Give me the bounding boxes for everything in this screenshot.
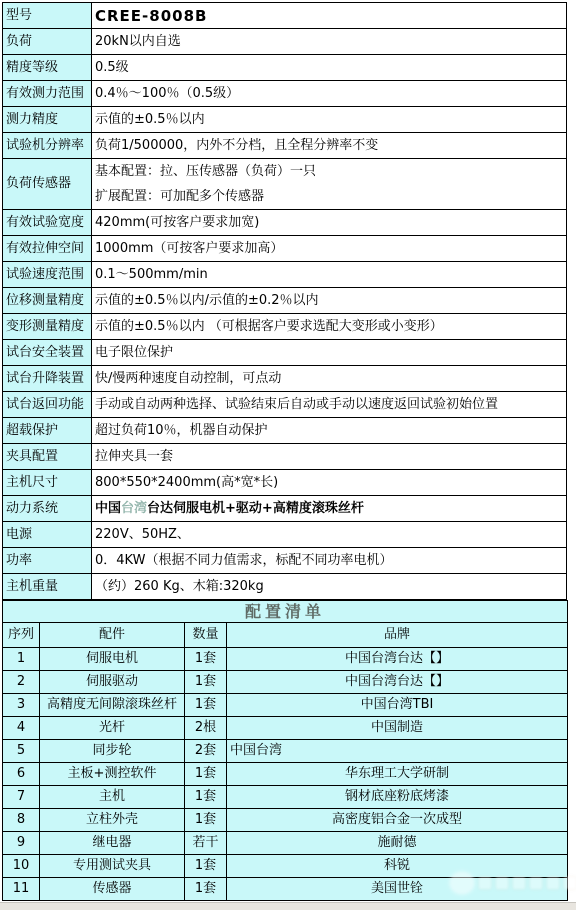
config-column-header: 数量 [185, 623, 227, 648]
table-row: 试台返回功能手动或自动两种选择、试验结束后自动或手动以速度返回试验初始位置 [3, 392, 567, 418]
table-row: 位移测量精度示值的±0.5％以内/示值的±0.2％以内 [3, 288, 567, 314]
config-column-header: 品牌 [227, 623, 568, 648]
spec-label: 试台返回功能 [3, 392, 92, 418]
spec-value: 0.1～500mm/min [92, 262, 567, 288]
config-cell-no: 6 [3, 763, 40, 786]
spec-label: 超载保护 [3, 418, 92, 444]
config-cell-no: 2 [3, 671, 40, 694]
config-cell-brand: 华东理工大学研制 [227, 763, 568, 786]
spec-label: 型号 [3, 3, 92, 29]
table-row: 超载保护超过负荷10％，机器自动保护 [3, 418, 567, 444]
config-list-title: 配置清单 [3, 601, 568, 623]
spec-value-segment: 台湾 [121, 501, 147, 516]
spec-value: 拉伸夹具一套 [92, 444, 567, 470]
table-row: 配置清单 [3, 601, 568, 623]
config-cell-brand: 中国台湾TBI [227, 694, 568, 717]
table-row: 功率0．4KW（根据不同力值需求，标配不同功率电机） [3, 548, 567, 574]
spec-value: 0．4KW（根据不同力值需求，标配不同功率电机） [92, 548, 567, 574]
spec-label: 测力精度 [3, 107, 92, 133]
spec-value: 220V、50HZ、 [92, 522, 567, 548]
config-cell-qty: 1套 [185, 671, 227, 694]
config-cell-item: 同步轮 [40, 740, 185, 763]
table-row: 9继电器若干施耐德 [3, 832, 568, 855]
spec-value: 负荷1/500000，内外不分档，且全程分辨率不变 [92, 133, 567, 159]
config-cell-no: 5 [3, 740, 40, 763]
config-cell-item: 主板+测控软件 [40, 763, 185, 786]
spec-value-line: 基本配置：拉、压传感器（负荷）一只 [95, 159, 563, 184]
config-header-row: 序列配件数量品牌 [3, 623, 568, 648]
spec-sheet: 型号CREE-8008B负荷20kN以内自选精度等级0.5级有效测力范围0.4％… [0, 0, 576, 901]
config-cell-item: 伺服驱动 [40, 671, 185, 694]
config-cell-qty: 1套 [185, 878, 227, 901]
config-cell-qty: 1套 [185, 694, 227, 717]
table-row: 3高精度无间隙滚珠丝杆1套中国台湾TBI [3, 694, 568, 717]
config-cell-brand: 中国台湾台达【】 [227, 671, 568, 694]
table-row: 6主板+测控软件1套华东理工大学研制 [3, 763, 568, 786]
table-row: 负荷传感器基本配置：拉、压传感器（负荷）一只扩展配置：可加配多个传感器 [3, 159, 567, 210]
table-row: 试验机分辨率负荷1/500000，内外不分档，且全程分辨率不变 [3, 133, 567, 159]
table-row: 有效拉伸空间1000mm（可按客户要求加高） [3, 236, 567, 262]
spec-label: 变形测量精度 [3, 314, 92, 340]
table-row: 2伺服驱动1套中国台湾台达【】 [3, 671, 568, 694]
spec-value-segment: 中国 [95, 501, 121, 516]
table-row: 有效测力范围0.4％～100％（0.5级） [3, 81, 567, 107]
spec-label: 试验速度范围 [3, 262, 92, 288]
config-cell-qty: 1套 [185, 648, 227, 671]
config-cell-brand: 高密度铝合金一次成型 [227, 809, 568, 832]
spec-label: 动力系统 [3, 496, 92, 522]
spec-label: 电源 [3, 522, 92, 548]
config-cell-brand: 钢材底座粉底烤漆 [227, 786, 568, 809]
page-bottom-strip [0, 902, 576, 910]
table-row: 负荷20kN以内自选 [3, 29, 567, 55]
table-row: 试台安全装置电子限位保护 [3, 340, 567, 366]
spec-label: 有效试验宽度 [3, 210, 92, 236]
spec-value: 超过负荷10％，机器自动保护 [92, 418, 567, 444]
table-row: 主机重量（约）260 Kg、木箱:320kg [3, 574, 567, 600]
config-cell-no: 11 [3, 878, 40, 901]
spec-table: 型号CREE-8008B负荷20kN以内自选精度等级0.5级有效测力范围0.4％… [2, 2, 567, 600]
config-list-table: 配置清单 序列配件数量品牌 1伺服电机1套中国台湾台达【】2伺服驱动1套中国台湾… [2, 600, 568, 901]
spec-value: 快/慢两种速度自动控制，可点动 [92, 366, 567, 392]
table-row: 10专用测试夹具1套科锐 [3, 855, 568, 878]
spec-value: 0.5级 [92, 55, 567, 81]
config-cell-qty: 2根 [185, 717, 227, 740]
spec-value: 1000mm（可按客户要求加高） [92, 236, 567, 262]
spec-value-line: 扩展配置：可加配多个传感器 [95, 184, 563, 209]
spec-label: 试验机分辨率 [3, 133, 92, 159]
config-cell-qty: 1套 [185, 763, 227, 786]
table-row: 型号CREE-8008B [3, 3, 567, 29]
config-cell-qty: 1套 [185, 809, 227, 832]
config-cell-qty: 若干 [185, 832, 227, 855]
config-cell-no: 9 [3, 832, 40, 855]
spec-label: 功率 [3, 548, 92, 574]
spec-value: 20kN以内自选 [92, 29, 567, 55]
spec-value: 示值的±0.5％以内/示值的±0.2％以内 [92, 288, 567, 314]
config-cell-item: 高精度无间隙滚珠丝杆 [40, 694, 185, 717]
config-cell-no: 8 [3, 809, 40, 832]
spec-value: 手动或自动两种选择、试验结束后自动或手动以速度返回试验初始位置 [92, 392, 567, 418]
spec-value: 电子限位保护 [92, 340, 567, 366]
table-row: 精度等级0.5级 [3, 55, 567, 81]
config-cell-item: 专用测试夹具 [40, 855, 185, 878]
table-row: 主机尺寸800*550*2400mm(高*宽*长) [3, 470, 567, 496]
table-row: 电源220V、50HZ、 [3, 522, 567, 548]
table-row: 4光杆2根中国制造 [3, 717, 568, 740]
table-row: 动力系统中国台湾台达伺服电机+驱动+高精度滚珠丝杆 [3, 496, 567, 522]
config-column-header: 序列 [3, 623, 40, 648]
config-cell-item: 伺服电机 [40, 648, 185, 671]
spec-value-segment: 台达伺服电机+驱动+高精度滚珠丝杆 [147, 501, 364, 516]
config-column-header: 配件 [40, 623, 185, 648]
config-cell-brand: 中国台湾台达【】 [227, 648, 568, 671]
table-row: 7主机1套钢材底座粉底烤漆 [3, 786, 568, 809]
spec-label: 负荷传感器 [3, 159, 92, 210]
spec-label: 精度等级 [3, 55, 92, 81]
table-row: 11传感器1套美国世铨 [3, 878, 568, 901]
spec-value: 800*550*2400mm(高*宽*长) [92, 470, 567, 496]
table-row: 变形测量精度示值的±0.5％以内 （可根据客户要求选配大变形或小变形） [3, 314, 567, 340]
config-cell-no: 10 [3, 855, 40, 878]
spec-value: 示值的±0.5％以内 [92, 107, 567, 133]
config-cell-item: 主机 [40, 786, 185, 809]
config-cell-item: 传感器 [40, 878, 185, 901]
table-row: 试验速度范围0.1～500mm/min [3, 262, 567, 288]
spec-label: 试台安全装置 [3, 340, 92, 366]
config-cell-qty: 1套 [185, 786, 227, 809]
config-cell-no: 1 [3, 648, 40, 671]
table-row: 夹具配置拉伸夹具一套 [3, 444, 567, 470]
config-cell-item: 继电器 [40, 832, 185, 855]
spec-label: 负荷 [3, 29, 92, 55]
config-cell-no: 4 [3, 717, 40, 740]
table-row: 测力精度示值的±0.5％以内 [3, 107, 567, 133]
spec-label: 试台升降装置 [3, 366, 92, 392]
spec-label: 位移测量精度 [3, 288, 92, 314]
config-cell-brand: 中国制造 [227, 717, 568, 740]
config-cell-qty: 1套 [185, 855, 227, 878]
table-row: 8立柱外壳1套高密度铝合金一次成型 [3, 809, 568, 832]
config-cell-brand: 中国台湾 [227, 740, 568, 763]
spec-label: 夹具配置 [3, 444, 92, 470]
spec-value: 420mm(可按客户要求加宽) [92, 210, 567, 236]
table-row: 试台升降装置快/慢两种速度自动控制，可点动 [3, 366, 567, 392]
table-row: 1伺服电机1套中国台湾台达【】 [3, 648, 568, 671]
config-cell-item: 光杆 [40, 717, 185, 740]
spec-value: 基本配置：拉、压传感器（负荷）一只扩展配置：可加配多个传感器 [92, 159, 567, 210]
spec-label: 主机尺寸 [3, 470, 92, 496]
spec-label: 主机重量 [3, 574, 92, 600]
spec-value: （约）260 Kg、木箱:320kg [92, 574, 567, 600]
config-cell-item: 立柱外壳 [40, 809, 185, 832]
config-cell-qty: 2套 [185, 740, 227, 763]
spec-value: 示值的±0.5％以内 （可根据客户要求选配大变形或小变形） [92, 314, 567, 340]
spec-value: 0.4％～100％（0.5级） [92, 81, 567, 107]
config-cell-brand: 美国世铨 [227, 878, 568, 901]
config-cell-brand: 科锐 [227, 855, 568, 878]
config-cell-no: 3 [3, 694, 40, 717]
spec-label: 有效测力范围 [3, 81, 92, 107]
spec-label: 有效拉伸空间 [3, 236, 92, 262]
spec-value: CREE-8008B [92, 3, 567, 29]
table-row: 5同步轮2套中国台湾 [3, 740, 568, 763]
config-cell-brand: 施耐德 [227, 832, 568, 855]
spec-value: 中国台湾台达伺服电机+驱动+高精度滚珠丝杆 [92, 496, 567, 522]
table-row: 有效试验宽度420mm(可按客户要求加宽) [3, 210, 567, 236]
config-cell-no: 7 [3, 786, 40, 809]
